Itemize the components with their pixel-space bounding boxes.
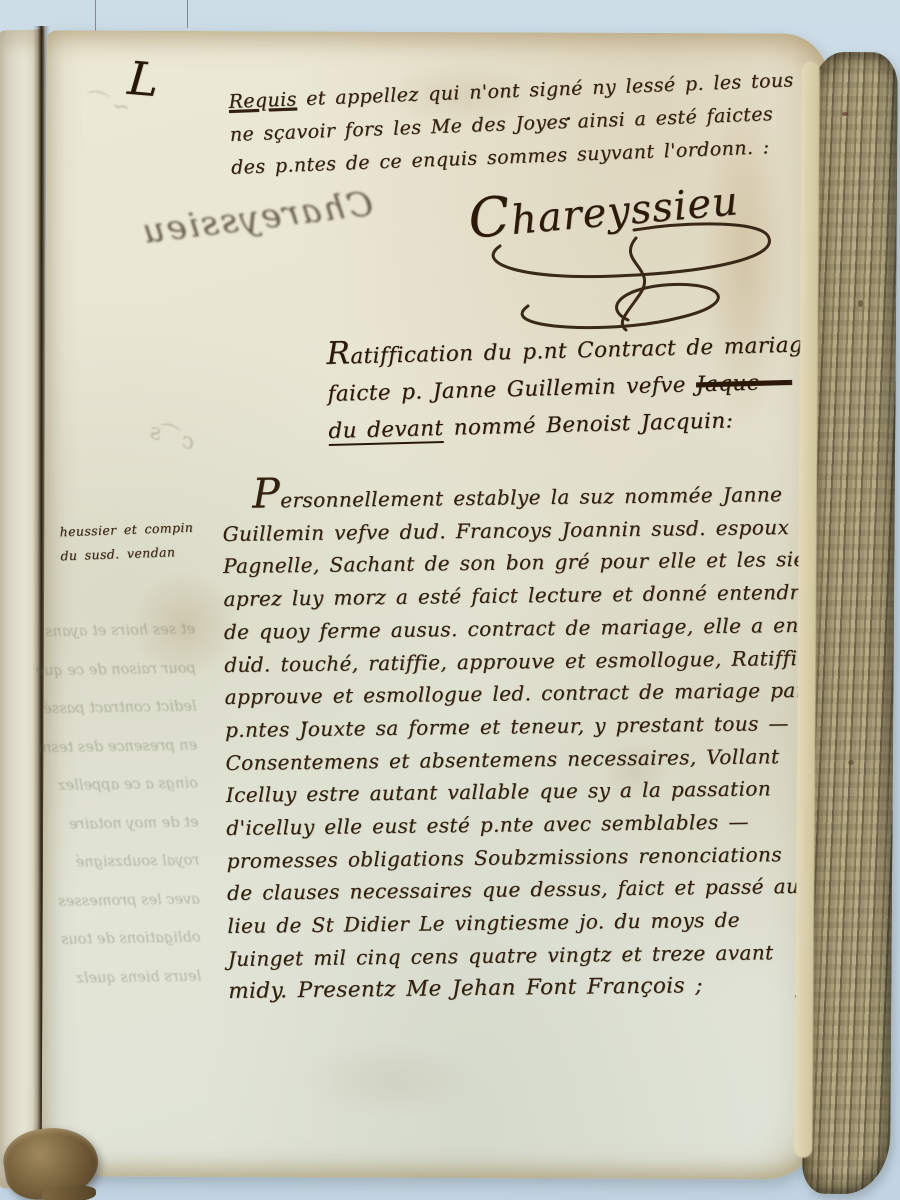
manuscript-photo: Chareyssieu et ses hoirs et ayans pour r…	[0, 0, 900, 1200]
bleedthrough-line: royal soubzsigné	[39, 842, 200, 883]
book-fore-edge	[802, 52, 898, 1195]
fore-edge-speck	[858, 300, 863, 307]
margin-note-line: du susd. vendan	[60, 540, 194, 569]
bleedthrough-line: et ses hoirs et ayans	[35, 611, 196, 652]
binding-thread	[187, 0, 188, 28]
bleedthrough-line: pour raison de ce que	[35, 649, 196, 690]
line-text: faicte p. Janne Guillemin vefve	[327, 372, 696, 407]
folio-mark: L	[126, 51, 162, 107]
bleedthrough-line: oings a ce appellez	[37, 765, 198, 806]
bleedthrough-text: et ses hoirs et ayans pour raison de ce …	[35, 611, 202, 999]
act-body: Personnellement establye la suz nommée J…	[222, 470, 884, 1008]
bleedthrough-line: avec les promesses	[39, 880, 200, 921]
bleedthrough-line: et de moy notaire	[38, 803, 199, 844]
bleedthrough-line: en presence des tesm	[37, 726, 198, 767]
underlined-word: Requis	[228, 88, 297, 113]
act-heading: Ratiffication du p.nt Contract de mariag…	[326, 323, 819, 450]
fore-edge-speck	[842, 112, 848, 116]
struck-word: Jaque —	[696, 370, 793, 398]
margin-note: heussier et compin du susd. vendan	[59, 516, 194, 569]
bleedthrough-line: obligations de tous	[40, 919, 201, 960]
bleedthrough-line: ledict contract passé	[36, 688, 197, 729]
line-text: nommé Benoist Jacquin:	[443, 408, 733, 441]
bleedthrough-line: leurs biens quelz	[41, 957, 202, 998]
fore-edge-speck	[848, 760, 854, 765]
underlined-words: du devant	[328, 416, 444, 446]
